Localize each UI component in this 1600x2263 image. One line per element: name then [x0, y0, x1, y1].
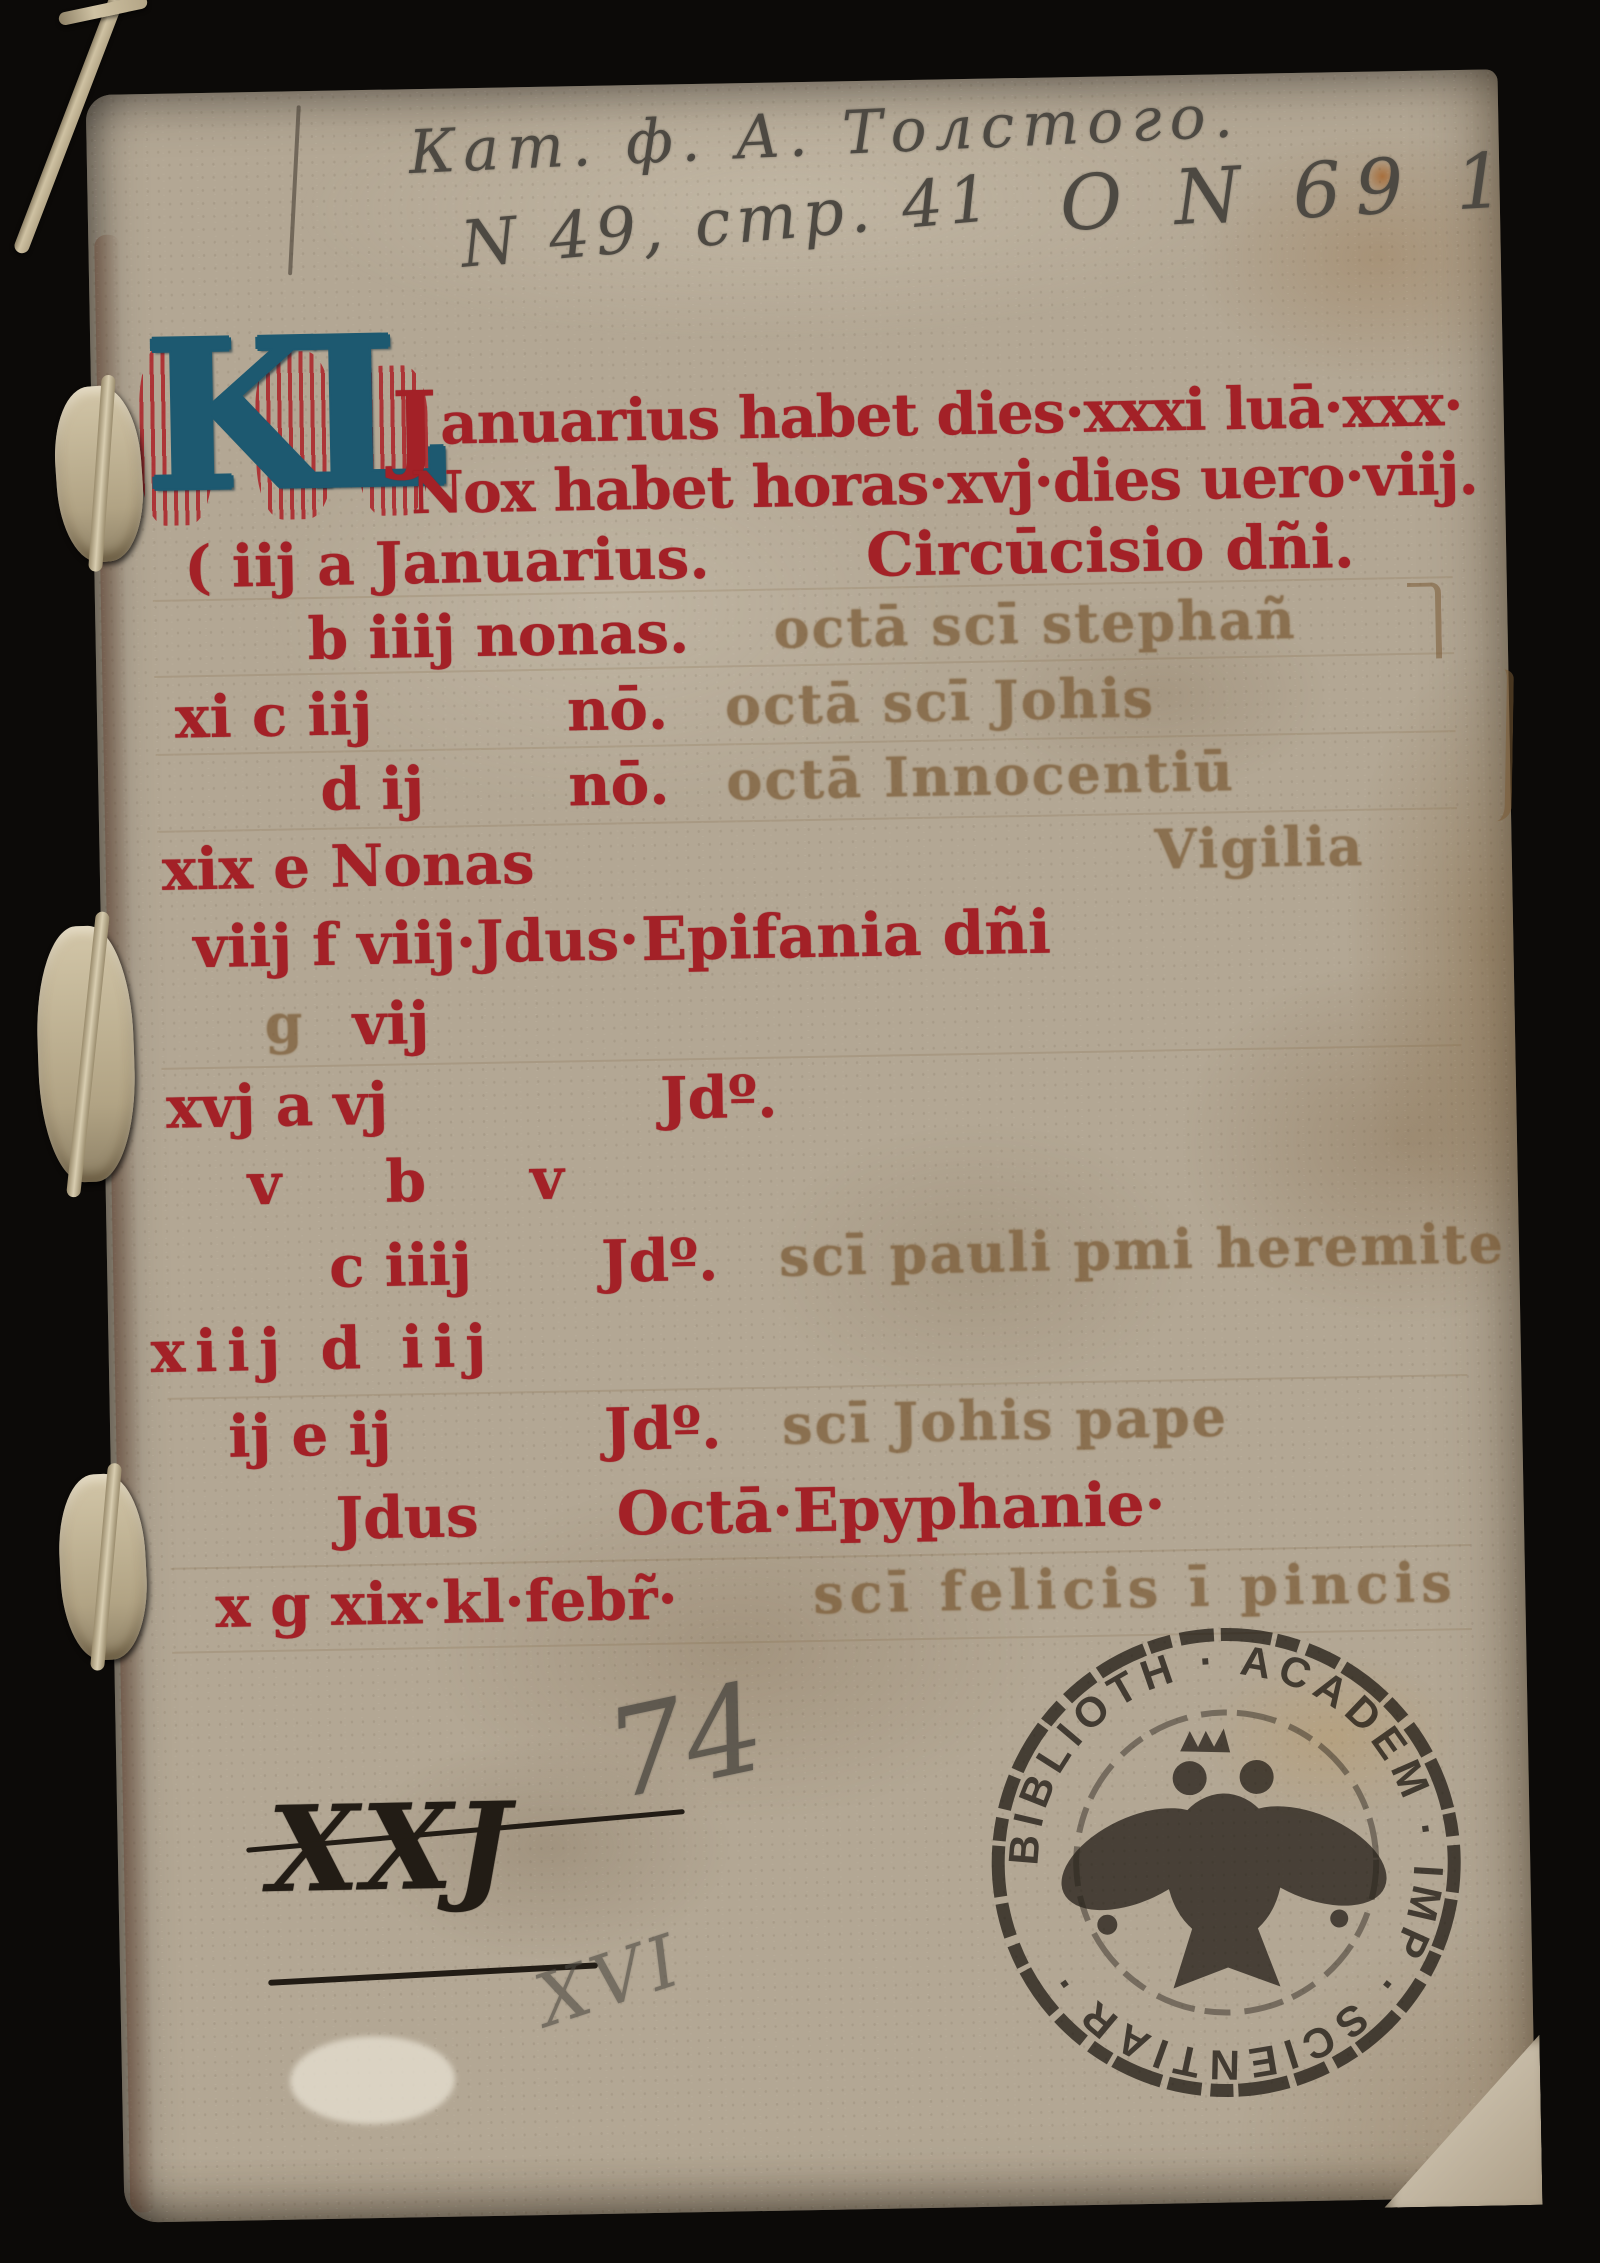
- row-margin: ( iij a Januarius.: [184, 524, 710, 602]
- row-margin: x g xix·kl·febr̃·: [215, 1565, 679, 1641]
- row-feast: octā Innocentiū: [726, 739, 1236, 812]
- row-feast: scī pauli pmi heremite: [778, 1211, 1505, 1288]
- row-feast: Epifania dñi: [641, 898, 1052, 975]
- row-margin: viij f viij·Jdus·: [193, 905, 640, 981]
- row-feast: octā scī Johis: [724, 666, 1155, 738]
- manuscript-page: Кат. ф. А. Толстого. N 49, стр. 41 О N 6…: [86, 69, 1537, 2223]
- row-margin: Jdus: [335, 1482, 479, 1553]
- row-margin: xix e Nonas: [161, 829, 535, 904]
- calendar-row: xiij d iij: [108, 1293, 1520, 1319]
- calendar-row: xvj a vj Jdº.: [104, 1049, 1516, 1075]
- row-margin: v b v: [247, 1144, 607, 1219]
- row-feast: Circūcisio dñi.: [866, 512, 1356, 591]
- row-margin: d ij: [320, 754, 425, 824]
- row-idus: Jdº.: [600, 1226, 718, 1296]
- row-margin: xi c iij: [174, 680, 373, 752]
- row-feast: scī Johis pape: [782, 1384, 1229, 1456]
- row-feast: Vigilia: [1154, 814, 1365, 882]
- pencil-number-xvi: XVI: [526, 1917, 694, 2043]
- photo-backdrop: Кат. ф. А. Толстого. N 49, стр. 41 О N 6…: [0, 0, 1600, 2263]
- row-feast: octā scī stephañ: [773, 587, 1297, 661]
- kl-initial: KL: [141, 291, 429, 538]
- pencil-foliation-74: 74: [595, 1656, 776, 1827]
- row-nones: nō.: [568, 750, 670, 820]
- row-margin: c iiij: [329, 1230, 473, 1301]
- row-feast: Octā·Epyphanie·: [616, 1470, 1166, 1550]
- row-margin: ij e ij: [228, 1400, 393, 1471]
- row-nones: nō.: [566, 675, 668, 745]
- pencil-tick-mark: [288, 105, 301, 275]
- chalky-patch: [289, 2035, 456, 2126]
- bracket-mark: [1485, 669, 1515, 821]
- bracket-mark: [1407, 582, 1442, 659]
- row-idus: Jdº.: [659, 1063, 777, 1133]
- row-margin: vij: [352, 989, 430, 1058]
- calendar-row: xix e Nonas Vigilia: [99, 811, 1511, 837]
- calendar-row: x g xix·kl·febr̃· scī felicis ī pincis: [113, 1549, 1525, 1575]
- row-margin: xvj a vj: [166, 1070, 389, 1142]
- row-idus: Jdº.: [604, 1394, 722, 1464]
- row-margin: xiij d iij: [150, 1312, 497, 1386]
- library-stamp: BIBLIOTH · ACADEM · IMP · SCIENTIAR ·: [982, 1618, 1471, 2107]
- row-feast: scī felicis ī pincis: [813, 1550, 1459, 1626]
- row-golden-letter: g: [264, 991, 305, 1056]
- row-margin: b iiij nonas.: [307, 598, 690, 673]
